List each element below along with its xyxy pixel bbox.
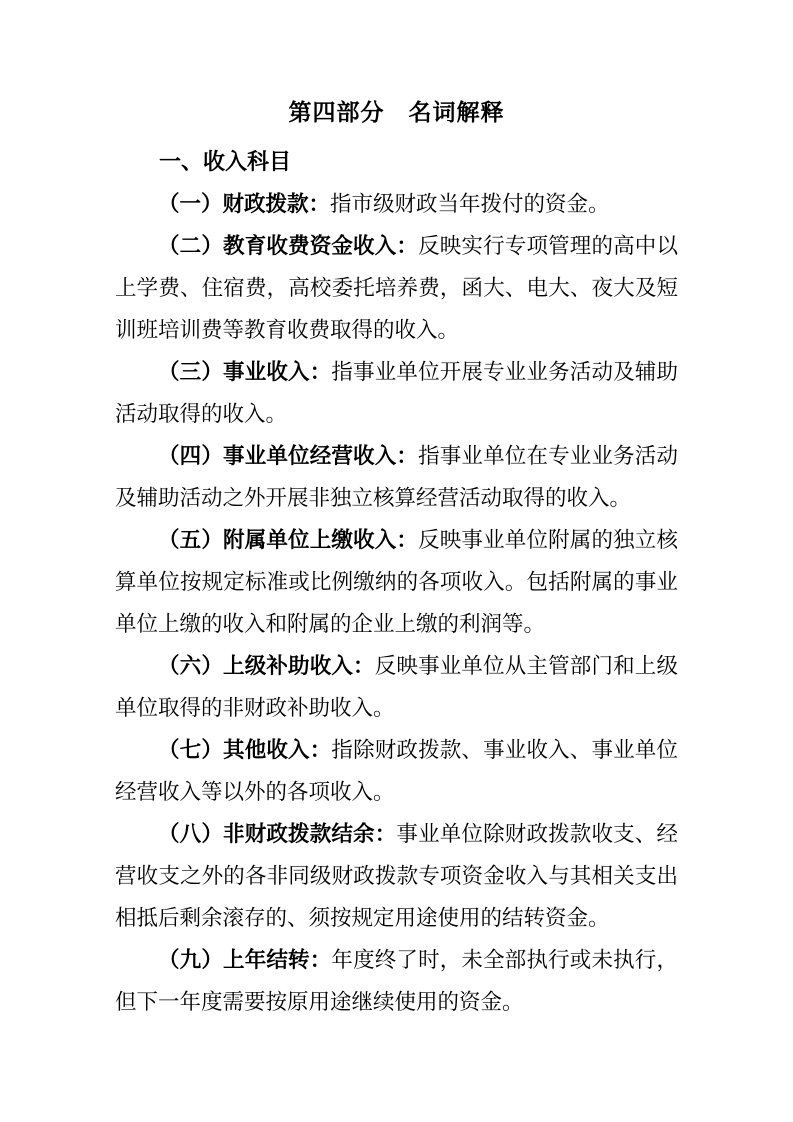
term-definition: 指市级财政当年拨付的资金。	[330, 192, 610, 216]
term-item: （一）财政拨款：指市级财政当年拨付的资金。	[115, 183, 678, 225]
document-page: 第四部分 名词解释 一、收入科目 （一）财政拨款：指市级财政当年拨付的资金。 （…	[0, 0, 793, 1122]
term-item: （七）其他收入：指除财政拨款、事业收入、事业单位经营收入等以外的各项收入。	[115, 729, 678, 813]
term-label: （一）财政拨款：	[158, 192, 330, 216]
term-label: （八）非财政拨款结余：	[158, 822, 396, 846]
document-content: 第四部分 名词解释 一、收入科目 （一）财政拨款：指市级财政当年拨付的资金。 （…	[115, 92, 678, 1023]
term-label: （三）事业收入：	[158, 360, 331, 384]
term-label: （五）附属单位上缴收入：	[158, 528, 418, 552]
term-label: （二）教育收费资金收入：	[158, 234, 418, 258]
page-title: 第四部分 名词解释	[115, 92, 678, 134]
term-label: （七）其他收入：	[158, 738, 331, 762]
term-item: （三）事业收入：指事业单位开展专业业务活动及辅助活动取得的收入。	[115, 351, 678, 435]
term-item: （五）附属单位上缴收入：反映事业单位附属的独立核算单位按规定标准或比例缴纳的各项…	[115, 519, 678, 645]
term-item: （四）事业单位经营收入：指事业单位在专业业务活动及辅助活动之外开展非独立核算经营…	[115, 435, 678, 519]
term-label: （六）上级补助收入：	[158, 654, 375, 678]
term-item: （八）非财政拨款结余：事业单位除财政拨款收支、经营收支之外的各非同级财政拨款专项…	[115, 813, 678, 939]
term-item: （六）上级补助收入：反映事业单位从主管部门和上级单位取得的非财政补助收入。	[115, 645, 678, 729]
section-heading: 一、收入科目	[115, 141, 678, 183]
term-label: （四）事业单位经营收入：	[158, 444, 418, 468]
term-item: （二）教育收费资金收入：反映实行专项管理的高中以上学费、住宿费，高校委托培养费，…	[115, 225, 678, 351]
term-item: （九）上年结转：年度终了时，未全部执行或未执行，但下一年度需要按原用途继续使用的…	[115, 939, 678, 1023]
term-label: （九）上年结转：	[158, 948, 331, 972]
